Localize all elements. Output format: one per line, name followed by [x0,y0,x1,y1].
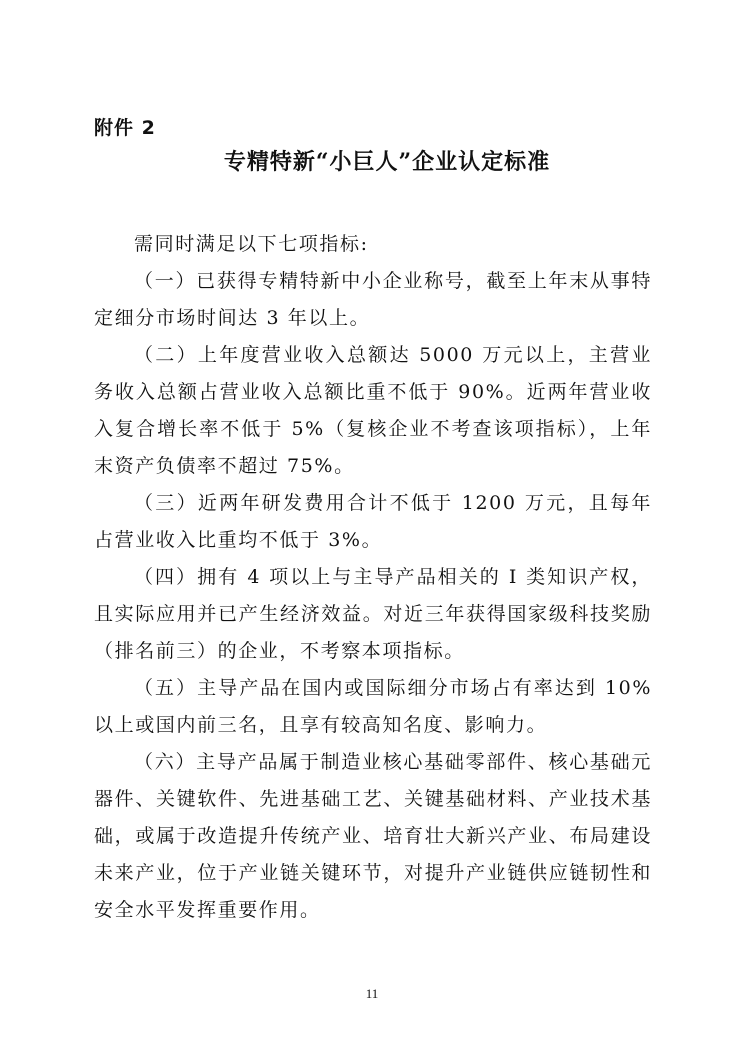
criterion-3: （三）近两年研发费用合计不低于 1200 万元，且每年占营业收入比重均不低于 3… [94,485,652,559]
criterion-4: （四）拥有 4 项以上与主导产品相关的 I 类知识产权，且实际应用并已产生经济效… [94,559,652,670]
document-body: 需同时满足以下七项指标: （一）已获得专精特新中小企业称号，截至上年末从事特定细… [94,226,652,929]
page-number: 11 [0,986,744,1002]
criterion-5: （五）主导产品在国内或国际细分市场占有率达到 10%以上或国内前三名，且享有较高… [94,670,652,744]
document-title: 专精特新“小巨人”企业认定标准 [0,145,744,176]
criterion-1: （一）已获得专精特新中小企业称号，截至上年末从事特定细分市场时间达 3 年以上。 [94,263,652,337]
intro-paragraph: 需同时满足以下七项指标: [94,226,652,263]
criterion-2: （二）上年度营业收入总额达 5000 万元以上，主营业务收入总额占营业收入总额比… [94,337,652,485]
criterion-6: （六）主导产品属于制造业核心基础零部件、核心基础元器件、关键软件、先进基础工艺、… [94,744,652,929]
attachment-label: 附件 2 [94,113,156,140]
